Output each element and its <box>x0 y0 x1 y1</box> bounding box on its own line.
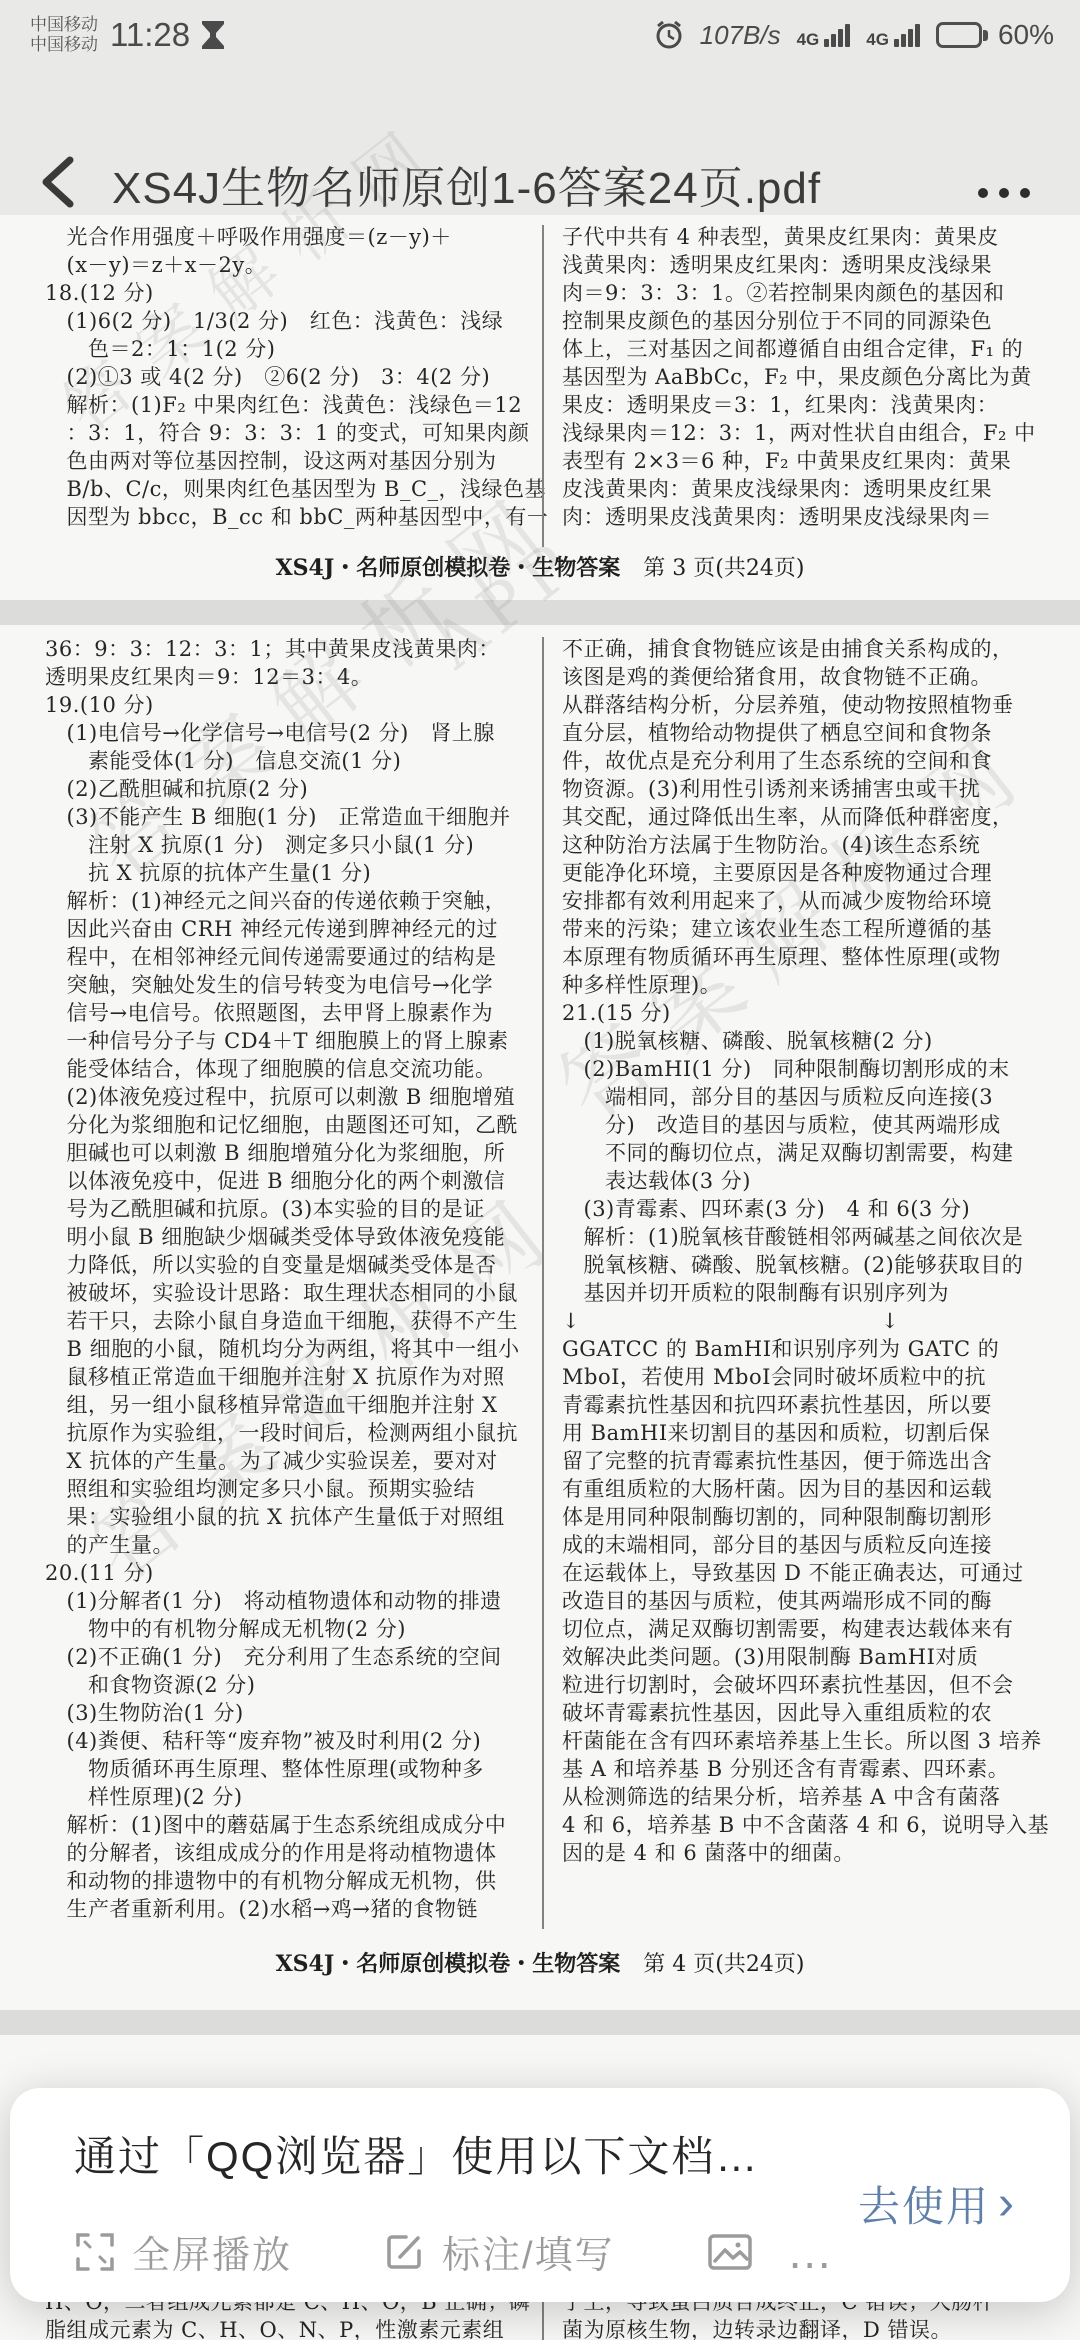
column-divider <box>542 637 544 1929</box>
text-line: 子代中共有 4 种表型，黄果皮红果肉：黄果皮 <box>562 223 1044 251</box>
text-line: 物中的有机物分解成无机物(2 分) <box>45 1615 527 1643</box>
text-line: GGATCC 的 BamHⅠ和识别序列为 GATC 的 <box>562 1335 1044 1363</box>
text-line: 36：9：3：12：3：1；其中黄果皮浅黄果肉： <box>45 635 527 663</box>
text-line: 控制果皮颜色的基因分别位于不同的同源染色 <box>562 307 1044 335</box>
text-line: 的分解者，该组成成分的作用是将动植物遗体 <box>45 1839 527 1867</box>
text-line: (3)青霉素、四环素(3 分) 4 和 6(3 分) <box>562 1195 1044 1223</box>
text-line: (3)不能产生 B 细胞(1 分) 正常造血干细胞并 <box>45 803 527 831</box>
back-button[interactable] <box>40 156 80 208</box>
text-line: 表型有 2×3＝6 种，F₂ 中黄果皮红果肉：黄果 <box>562 447 1044 475</box>
text-line: 从群落结构分析，分层养殖，使动物按照植物垂 <box>562 691 1044 719</box>
carrier-labels: 中国移动 中国移动 <box>30 15 98 55</box>
text-line: 胆碱也可以刺激 B 细胞增殖分化为浆细胞，所 <box>45 1139 527 1167</box>
text-line: ↓ ↓ <box>562 1307 1044 1335</box>
network-speed: 107B/s <box>700 20 781 51</box>
text-line: 力降低，所以实验的自变量是烟碱类受体是否 <box>45 1251 527 1279</box>
text-line: 更能净化环境，主要原因是各种废物通过合理 <box>562 859 1044 887</box>
text-line: 照组和实验组均测定多只小鼠。预期实验结 <box>45 1475 527 1503</box>
annotate-fill-label: 标注/填写 <box>442 2224 615 2279</box>
text-line: 物质循环再生原理、整体性原理(或物种多 <box>45 1755 527 1783</box>
page3-right-column: 子代中共有 4 种表型，黄果皮红果肉：黄果皮浅黄果肉：透明果皮红果肉：透明果皮浅… <box>562 223 1044 531</box>
go-use-label: 去使用 <box>858 2174 990 2234</box>
text-line: (2)体液免疫过程中，抗原可以刺激 B 细胞增殖 <box>45 1083 527 1111</box>
text-line: 程中，在相邻神经元间传递需要通过的结构是 <box>45 943 527 971</box>
page-gap <box>0 2010 1080 2035</box>
document-title: XS4J生物名师原创1-6答案24页.pdf <box>112 152 821 216</box>
text-line: 被破坏，实验设计思路：取生理状态相同的小鼠 <box>45 1279 527 1307</box>
text-line: 果：实验组小鼠的抗 X 抗体产生量低于对照组 <box>45 1503 527 1531</box>
text-line: 脂组成元素为 C、H、O、N、P，性激素元素组 <box>45 2316 527 2340</box>
text-line: 该图是鸡的粪便给猪食用，故食物链不正确。 <box>562 663 1044 691</box>
page4-footer: XS4J・名师原创模拟卷・生物答案 第 4 页(共24页) <box>0 1947 1080 1978</box>
text-line: 一种信号分子与 CD4＋T 细胞膜上的肾上腺素 <box>45 1027 527 1055</box>
pdf-page-4: APP 答案解析网 答案解析网 答案解析网 36：9：3：12：3：1；其中黄果… <box>0 625 1080 2010</box>
footer-title: XS4J・名师原创模拟卷・生物答案 <box>276 1951 621 1977</box>
text-line: 不正确，捕食食物链应该是由捕食关系构成的， <box>562 635 1044 663</box>
text-line: 样性原理)(2 分) <box>45 1783 527 1811</box>
text-line: (2)①3 或 4(2 分) ②6(2 分) 3：4(2 分) <box>45 363 527 391</box>
text-line: 破坏青霉素抗性基因，因此导入重组质粒的农 <box>562 1699 1044 1727</box>
annotate-icon <box>384 2231 426 2273</box>
text-line: 浅黄果肉：透明果皮红果肉：透明果皮浅绿果 <box>562 251 1044 279</box>
signal-icon-sim2: 4G <box>866 24 920 47</box>
text-line: 体是用同种限制酶切割的，同种限制酶切割形 <box>562 1503 1044 1531</box>
footer-page-number: 第 4 页(共24页) <box>643 1952 804 1977</box>
text-line: 基因型为 AaBbCc，F₂ 中，果皮颜色分离比为黄 <box>562 363 1044 391</box>
status-bar: 中国移动 中国移动 11:28 107B/s 4G 4G 60% <box>0 0 1080 60</box>
text-line: 体上，三对基因之间都遵循自由组合定律，F₁ 的 <box>562 335 1044 363</box>
text-line: 在运载体上，导致基因 D 不能正确表达，可通过 <box>562 1559 1044 1587</box>
text-line: 解析：(1)神经元之间兴奋的传递依赖于突触， <box>45 887 527 915</box>
text-line: 其交配，通过降低出生率，从而降低种群密度， <box>562 803 1044 831</box>
alarm-icon <box>654 20 684 50</box>
text-line: 效解决此类问题。(3)用限制酶 BamHⅠ对质 <box>562 1643 1044 1671</box>
text-line: 种多样性原理)。 <box>562 971 1044 999</box>
more-options-button[interactable] <box>978 188 1030 198</box>
text-line: 因型为 bbcc，B_cc 和 bbC_两种基因型中，有一 <box>45 503 527 531</box>
text-line: 肉＝9：3：3：1。②若控制果肉颜色的基因和 <box>562 279 1044 307</box>
text-line: 有重组质粒的大肠杆菌。因为目的基因和运载 <box>562 1475 1044 1503</box>
text-line: ：3：1，符合 9：3：3：1 的变式，可知果肉颜 <box>45 419 527 447</box>
text-line: 4 和 6，培养基 B 中不含菌落 4 和 6，说明导入基 <box>562 1811 1044 1839</box>
fullscreen-play-button[interactable]: 全屏播放 <box>74 2224 292 2279</box>
text-line: 直分层，植物给动物提供了栖息空间和食物条 <box>562 719 1044 747</box>
text-line: 切位点，满足双酶切割需要，构建表达载体来有 <box>562 1615 1044 1643</box>
text-line: 脱氧核糖、磷酸、脱氧核糖。(2)能够获取目的 <box>562 1251 1044 1279</box>
text-line: 菌为原核生物，边转录边翻译，D 错误。 <box>562 2316 1044 2340</box>
preview-header: XS4J生物名师原创1-6答案24页.pdf 文件预览 <box>0 60 1080 215</box>
text-line: 色＝2：1：1(2 分) <box>45 335 527 363</box>
text-line: 组，另一组小鼠移植异常造血干细胞并注射 X <box>45 1391 527 1419</box>
text-line: 的产生量。 <box>45 1531 527 1559</box>
chevron-right-icon: › <box>998 2184 1016 2224</box>
text-line: (2)乙酰胆碱和抗原(2 分) <box>45 775 527 803</box>
page3-footer: XS4J・名师原创模拟卷・生物答案 第 3 页(共24页) <box>0 551 1080 582</box>
text-line: 解析：(1)图中的蘑菇属于生态系统组成成分中 <box>45 1811 527 1839</box>
page-gap <box>0 600 1080 625</box>
text-line: 基 A 和培养基 B 分别还含有青霉素、四环素。 <box>562 1755 1044 1783</box>
qq-browser-promo-card: 通过「QQ浏览器」使用以下文档… 去使用 › 全屏播放 标注/填写 <box>10 2088 1070 2302</box>
text-line: 分化为浆细胞和记忆细胞，由题图还可知，乙酰 <box>45 1111 527 1139</box>
text-line: 色由两对等位基因控制，设这两对基因分别为 <box>45 447 527 475</box>
text-line: 信号→电信号。依照题图，去甲肾上腺素作为 <box>45 999 527 1027</box>
status-time: 11:28 <box>110 16 190 54</box>
text-line: 以体液免疫中，促进 B 细胞分化的两个刺激信 <box>45 1167 527 1195</box>
hourglass-icon <box>200 20 226 50</box>
text-line: X 抗体的产生量。为了减少实验误差，要对对 <box>45 1447 527 1475</box>
text-line: MboⅠ，若使用 MboⅠ会同时破坏质粒中的抗 <box>562 1363 1044 1391</box>
battery-percent: 60% <box>998 19 1054 51</box>
text-line: 若干只，去除小鼠自身造血干细胞，获得不产生 <box>45 1307 527 1335</box>
pdf-page-3: 答案解析网 光合作用强度＋呼吸作用强度＝(z－y)＋ (x－y)＝z＋x－2y。… <box>0 215 1080 600</box>
carrier-2: 中国移动 <box>30 35 98 55</box>
text-line: 表达载体(3 分) <box>562 1167 1044 1195</box>
text-line: 浅绿果肉＝12：3：1，两对性状自由组合，F₂ 中 <box>562 419 1044 447</box>
text-line: 20.(11 分) <box>45 1559 527 1587</box>
text-line: 明小鼠 B 细胞缺少烟碱类受体导致体液免疫能 <box>45 1223 527 1251</box>
text-line: 号为乙酰胆碱和抗原。(3)本实验的目的是证 <box>45 1195 527 1223</box>
text-line: 不同的酶切位点，满足双酶切割需要，构建 <box>562 1139 1044 1167</box>
text-line: 和动物的排遗物中的有机物分解成无机物，供 <box>45 1867 527 1895</box>
text-line: 透明果皮红果肉＝9：12＝3：4。 <box>45 663 527 691</box>
text-line: 安排都有效利用起来了，从而减少废物给环境 <box>562 887 1044 915</box>
text-line: 青霉素抗性基因和抗四环素抗性基因，所以要 <box>562 1391 1044 1419</box>
text-line: 杆菌能在含有四环素培养基上生长。所以图 3 培养 <box>562 1727 1044 1755</box>
text-line: (1)6(2 分) 1/3(2 分) 红色：浅黄色：浅绿 <box>45 307 527 335</box>
text-line: 用 BamHⅠ来切割目的基因和质粒，切割后保 <box>562 1419 1044 1447</box>
text-line: 素能受体(1 分) 信息交流(1 分) <box>45 747 527 775</box>
text-line: 分) 改造目的基因与质粒，使其两端形成 <box>562 1111 1044 1139</box>
status-right: 107B/s 4G 4G 60% <box>644 19 1054 51</box>
text-line: 能受体结合，体现了细胞膜的信息交流功能。 <box>45 1055 527 1083</box>
text-line: 基因并切开质粒的限制酶有识别序列为 <box>562 1279 1044 1307</box>
text-line: 抗原作为实验组，一段时间后，检测两组小鼠抗 <box>45 1419 527 1447</box>
text-line: 肉：透明果皮浅黄果肉：透明果皮浅绿果肉＝ <box>562 503 1044 531</box>
footer-page-number: 第 3 页(共24页) <box>643 556 804 581</box>
battery-icon <box>936 22 982 48</box>
text-line: B 细胞的小鼠，随机均分为两组，将其中一组小 <box>45 1335 527 1363</box>
fullscreen-play-label: 全屏播放 <box>132 2224 292 2279</box>
text-line: 突触，突触处发生的信号转变为电信号→化学 <box>45 971 527 999</box>
text-line: (x－y)＝z＋x－2y。 <box>45 251 527 279</box>
image-tool-button[interactable] <box>707 2231 753 2273</box>
text-line: 21.(15 分) <box>562 999 1044 1027</box>
text-line: 因此兴奋由 CRH 神经元传递到脾神经元的过 <box>45 915 527 943</box>
text-line: 抗 X 抗原的抗体产生量(1 分) <box>45 859 527 887</box>
column-divider <box>542 225 544 547</box>
signal-icon-sim1: 4G <box>797 24 851 47</box>
text-line: (1)电信号→化学信号→电信号(2 分) 肾上腺 <box>45 719 527 747</box>
text-line: B/b、C/c，则果肉红色基因型为 B_C_，浅绿色基 <box>45 475 527 503</box>
text-line: (2)BamHⅠ(1 分) 同种限制酶切割形成的末 <box>562 1055 1044 1083</box>
page4-left-column: 36：9：3：12：3：1；其中黄果皮浅黄果肉：透明果皮红果肉＝9：12＝3：4… <box>45 635 527 1923</box>
text-line: (3)生物防治(1 分) <box>45 1699 527 1727</box>
text-line: (1)脱氧核糖、磷酸、脱氧核糖(2 分) <box>562 1027 1044 1055</box>
text-line: 物资源。(3)利用性引诱剂来诱捕害虫或干扰 <box>562 775 1044 803</box>
text-line: 端相同，部分目的基因与质粒反向连接(3 <box>562 1083 1044 1111</box>
screen: { "status_bar": { "carrier_line1": "中国移动… <box>0 0 1080 2340</box>
text-line: (1)分解者(1 分) 将动植物遗体和动物的排遗 <box>45 1587 527 1615</box>
text-line: 成的末端相同，部分目的基因与质粒反向连接 <box>562 1531 1044 1559</box>
text-line: 件，故优点是充分利用了生态系统的空间和食 <box>562 747 1044 775</box>
text-line: 因的是 4 和 6 菌落中的细菌。 <box>562 1839 1044 1867</box>
text-line: 18.(12 分) <box>45 279 527 307</box>
page3-left-column: 光合作用强度＋呼吸作用强度＝(z－y)＋ (x－y)＝z＋x－2y。18.(12… <box>45 223 527 531</box>
text-line: 生产者重新利用。(2)水稻→鸡→猪的食物链 <box>45 1895 527 1923</box>
carrier-1: 中国移动 <box>30 15 98 35</box>
text-line: 本原理有物质循环再生原理、整体性原理(或物 <box>562 943 1044 971</box>
text-line: 果皮：透明果皮＝3：1，红果肉：浅黄果肉： <box>562 391 1044 419</box>
text-line: 粒进行切割时，会破坏四环素抗性基因，但不会 <box>562 1671 1044 1699</box>
text-line: 带来的污染；建立该农业生态工程所遵循的基 <box>562 915 1044 943</box>
text-line: 解析：(1)F₂ 中果肉红色：浅黄色：浅绿色＝12 <box>45 391 527 419</box>
text-line: (4)粪便、秸秆等“废弃物”被及时利用(2 分) <box>45 1727 527 1755</box>
image-icon <box>707 2231 753 2273</box>
more-tools-button[interactable]: … <box>787 2242 833 2262</box>
text-line: 这种防治方法属于生物防治。(4)该生态系统 <box>562 831 1044 859</box>
text-line: 鼠移植正常造血干细胞并注射 X 抗原作为对照 <box>45 1363 527 1391</box>
text-line: 解析：(1)脱氧核苷酸链相邻两碱基之间依次是 <box>562 1223 1044 1251</box>
text-line: 和食物资源(2 分) <box>45 1671 527 1699</box>
text-line: 皮浅黄果肉：黄果皮浅绿果肉：透明果皮红果 <box>562 475 1044 503</box>
text-line: 光合作用强度＋呼吸作用强度＝(z－y)＋ <box>45 223 527 251</box>
text-line: 留了完整的抗青霉素抗性基因，便于筛选出含 <box>562 1447 1044 1475</box>
text-line: 19.(10 分) <box>45 691 527 719</box>
annotate-fill-button[interactable]: 标注/填写 <box>384 2224 615 2279</box>
go-use-button[interactable]: 去使用 › <box>858 2174 1016 2234</box>
text-line: 改造目的基因与质粒，使其两端形成不同的酶 <box>562 1587 1044 1615</box>
page4-right-column: 不正确，捕食食物链应该是由捕食关系构成的，该图是鸡的粪便给猪食用，故食物链不正确… <box>562 635 1044 1867</box>
text-line: (2)不正确(1 分) 充分利用了生态系统的空间 <box>45 1643 527 1671</box>
fullscreen-icon <box>74 2231 116 2273</box>
footer-title: XS4J・名师原创模拟卷・生物答案 <box>276 555 621 581</box>
text-line: 注射 X 抗原(1 分) 测定多只小鼠(1 分) <box>45 831 527 859</box>
text-line: 从检测筛选的结果分析，培养基 A 中含有菌落 <box>562 1783 1044 1811</box>
